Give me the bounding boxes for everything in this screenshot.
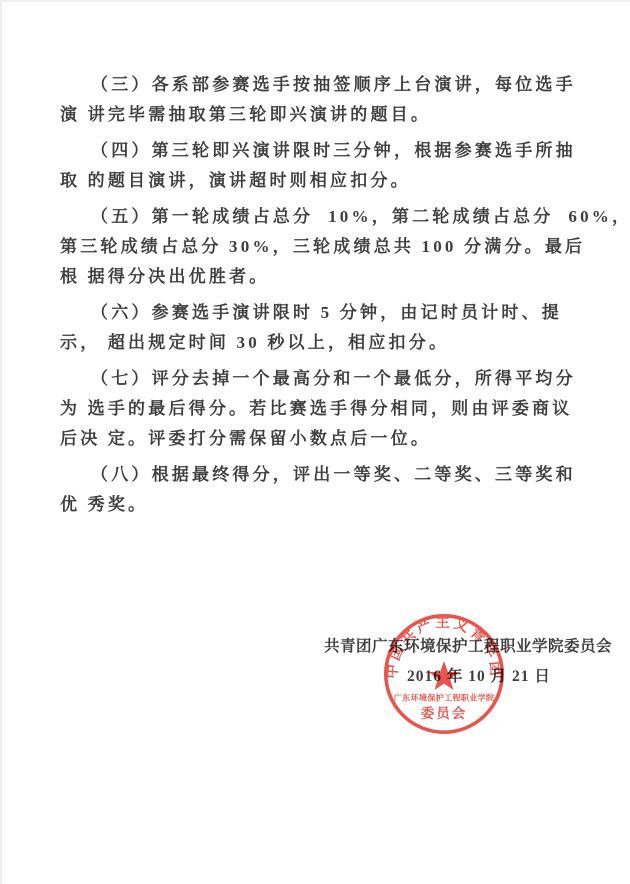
signature-date: 2016 年 10 月 21 日 — [326, 662, 630, 692]
body-line: （三）各系部参赛选手按抽签顺序上台演讲，每位选手 — [60, 70, 630, 100]
body-line: 取 的题目演讲，演讲超时则相应扣分。 — [60, 166, 630, 196]
body-line: （八）根据最终得分，评出一等奖、二等奖、三等奖和 — [60, 460, 630, 490]
paragraph-6: （六）参赛选手演讲限时 5 分钟，由记时员计时、提 示， 超出规定时间 30 秒… — [60, 298, 630, 358]
body-line: 根 据得分决出优胜者。 — [60, 262, 630, 292]
paragraph-5: （五）第一轮成绩占总分 10%，第二轮成绩占总分 60%， 第三轮成绩占总分 3… — [60, 202, 630, 292]
body-line: 优 秀奖。 — [60, 490, 630, 520]
body-line: （六）参赛选手演讲限时 5 分钟，由记时员计时、提 — [60, 298, 630, 328]
document-body: （三）各系部参赛选手按抽签顺序上台演讲，每位选手 演 讲完毕需抽取第三轮即兴演讲… — [2, 2, 630, 692]
body-line: 演 讲完毕需抽取第三轮即兴演讲的题目。 — [60, 100, 630, 130]
body-line: （四）第三轮即兴演讲限时三分钟，根据参赛选手所抽 — [60, 136, 630, 166]
body-line: （五）第一轮成绩占总分 10%，第二轮成绩占总分 60%， — [60, 202, 630, 232]
seal-org-text: 广东环境保护工程职业学院 — [394, 693, 495, 703]
paragraph-3: （三）各系部参赛选手按抽签顺序上台演讲，每位选手 演 讲完毕需抽取第三轮即兴演讲… — [60, 70, 630, 130]
body-line: 第三轮成绩占总分 30%，三轮成绩总共 100 分满分。最后 — [60, 232, 630, 262]
body-line: 为 选手的最后得分。若比赛选手得分相同，则由评委商议 — [60, 394, 630, 424]
body-line: 后决 定。评委打分需保留小数点后一位。 — [60, 424, 630, 454]
paragraph-8: （八）根据最终得分，评出一等奖、二等奖、三等奖和 优 秀奖。 — [60, 460, 630, 520]
paragraph-7: （七）评分去掉一个最高分和一个最低分，所得平均分 为 选手的最后得分。若比赛选手… — [60, 364, 630, 454]
paragraph-4: （四）第三轮即兴演讲限时三分钟，根据参赛选手所抽 取 的题目演讲，演讲超时则相应… — [60, 136, 630, 196]
signature-block: 共青团广东环境保护工程职业学院委员会 2016 年 10 月 21 日 — [315, 632, 621, 692]
body-line: 示， 超出规定时间 30 秒以上，相应扣分。 — [60, 328, 630, 358]
document-page: （三）各系部参赛选手按抽签顺序上台演讲，每位选手 演 讲完毕需抽取第三轮即兴演讲… — [0, 0, 630, 884]
seal-bottom-text: 委员会 — [421, 705, 468, 721]
signature-org-name: 共青团广东环境保护工程职业学院委员会 — [315, 632, 621, 662]
body-line: （七）评分去掉一个最高分和一个最低分，所得平均分 — [60, 364, 630, 394]
